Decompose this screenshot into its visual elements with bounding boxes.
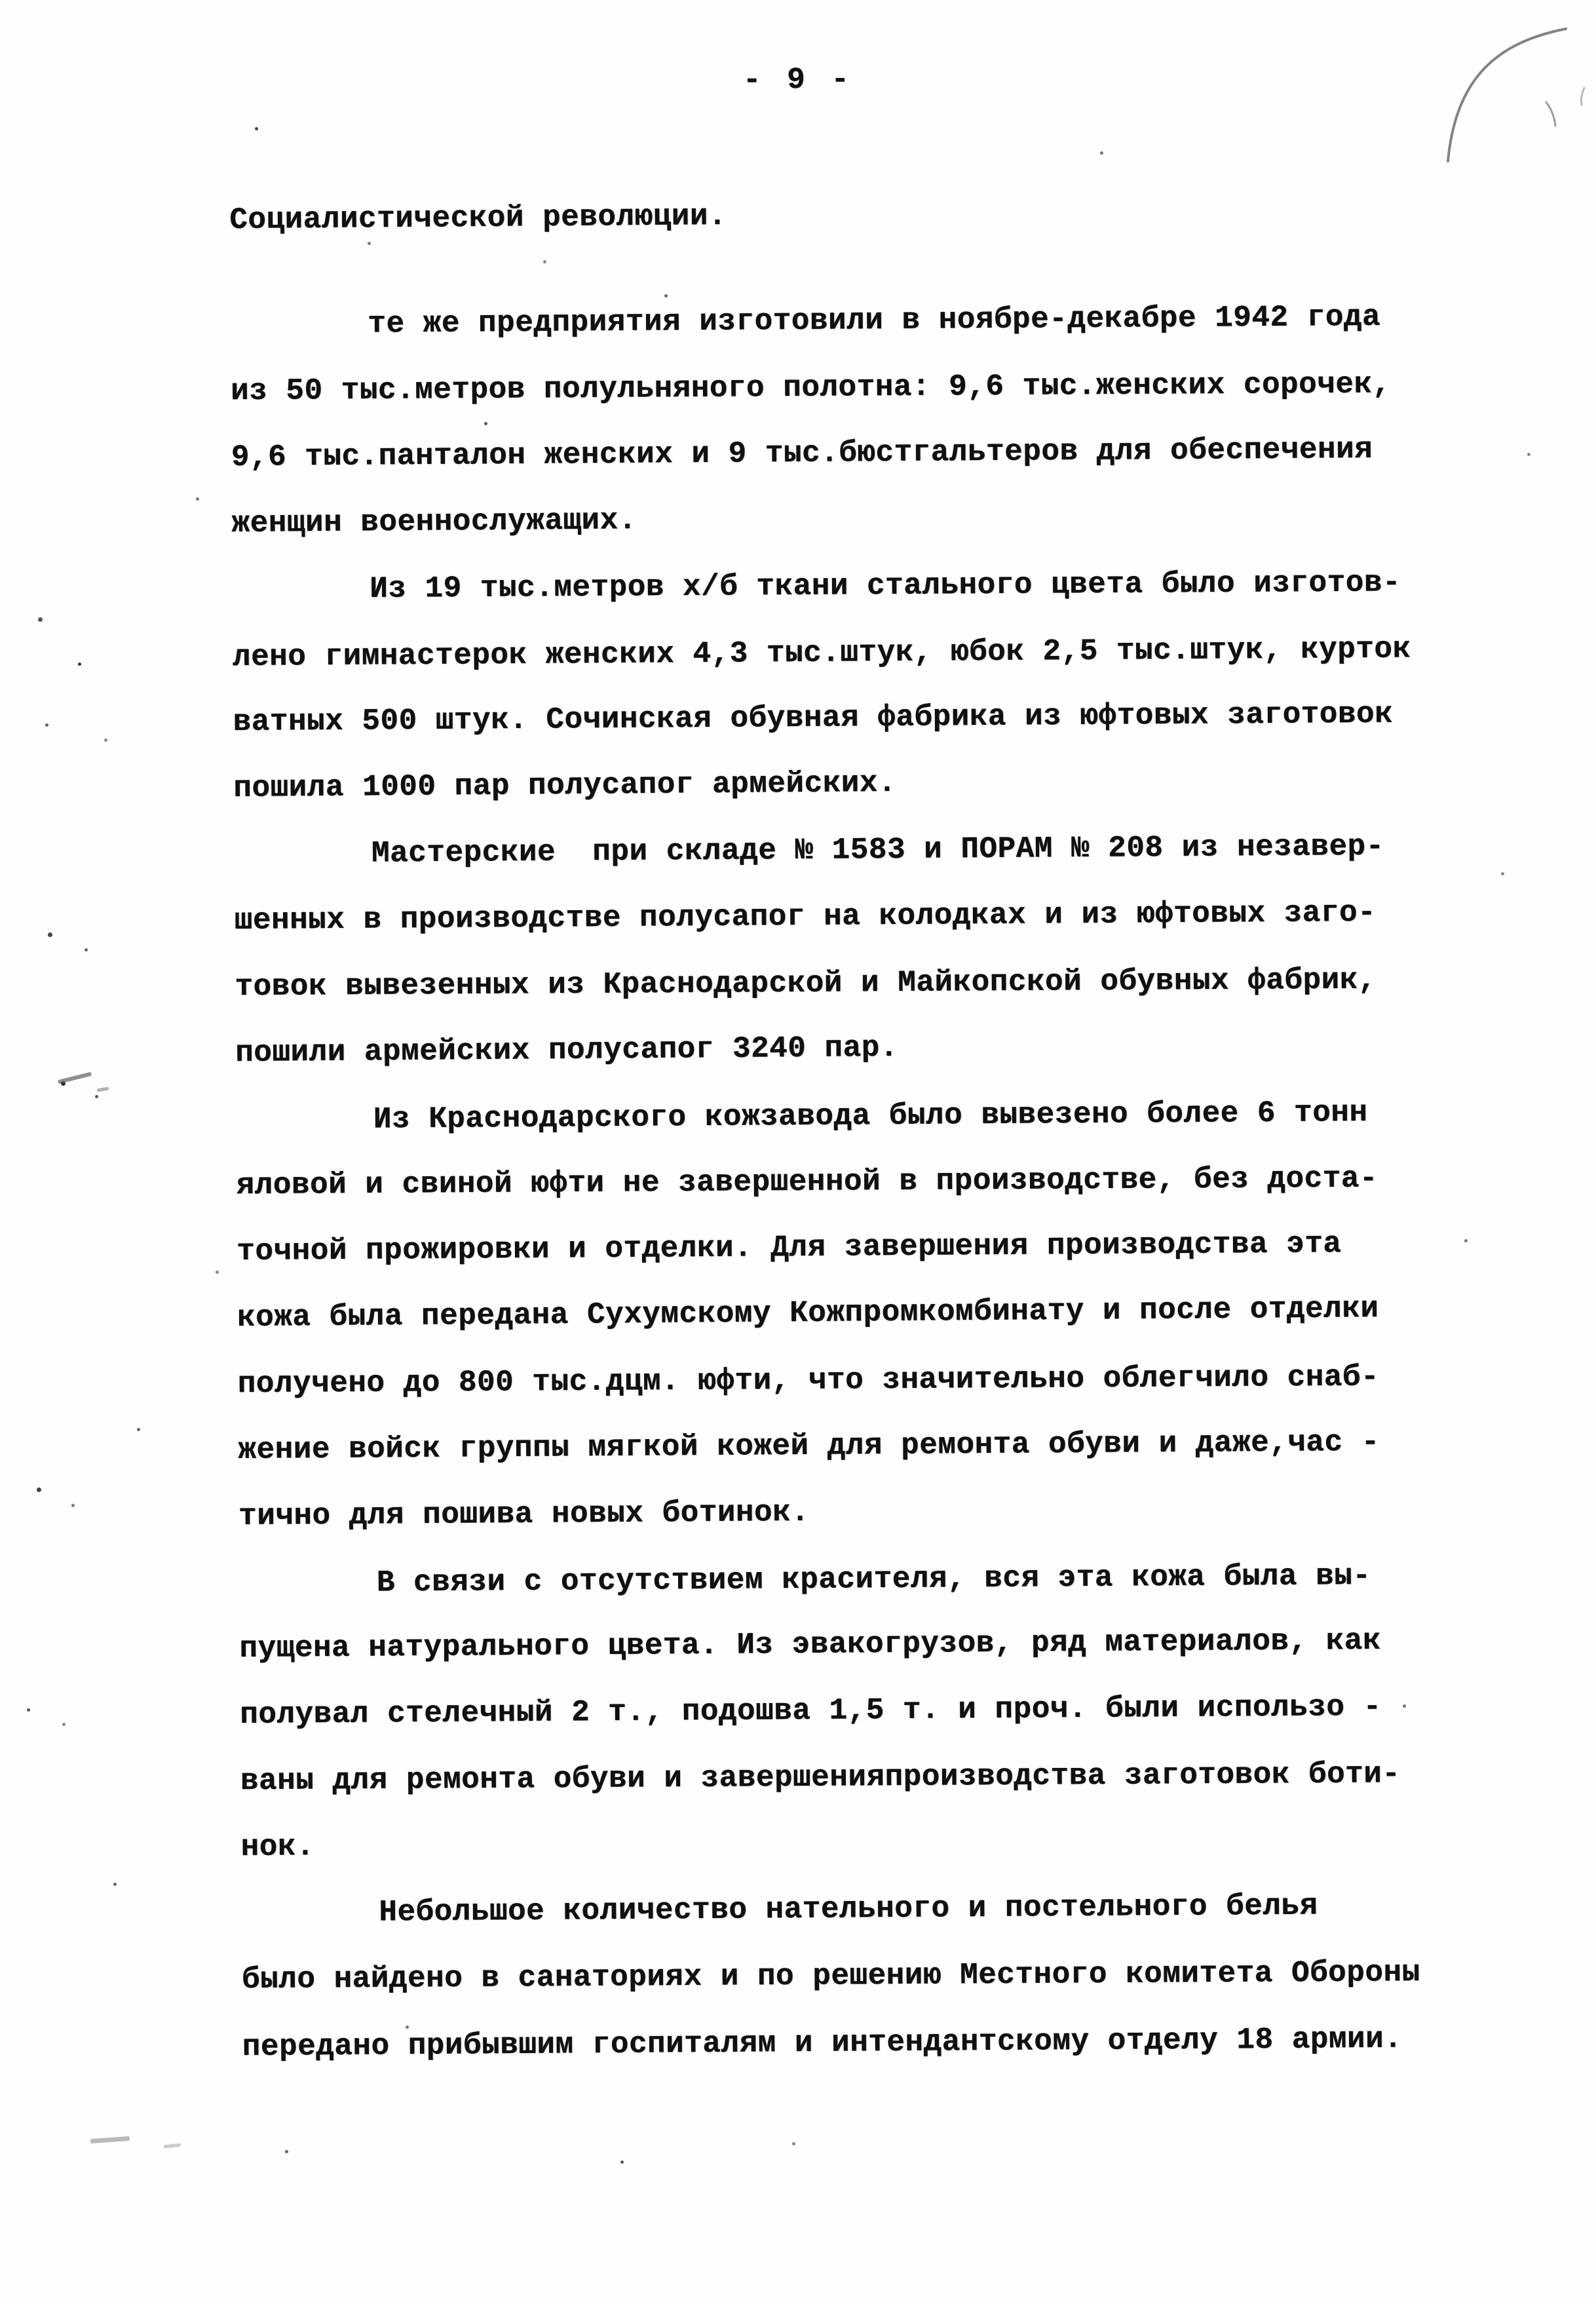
text-line: точной прожировки и отделки. Для заверше… (237, 1210, 1482, 1285)
text-line: пущена натурального цвета. Из эвакогрузо… (239, 1607, 1485, 1682)
bottom-smudge (164, 2143, 181, 2149)
scan-speckles (0, 0, 2, 2)
handwritten-mark (1350, 25, 1592, 182)
text-line: те же предприятия изготовили в ноябре-де… (230, 284, 1475, 358)
text-line: 9,6 тыс.панталон женских и 9 тыс.бюстгал… (231, 416, 1477, 491)
text-line: Из Краснодарского кожзавода было вывезен… (236, 1079, 1481, 1154)
text-line: шенных в производстве полусапог на колод… (234, 879, 1479, 954)
text-line: Социалистической революции. (229, 178, 1475, 254)
text-line: Мастерские при складе № 1583 и ПОРАМ № 2… (234, 813, 1479, 888)
text-line: жение войск группы мягкой кожей для ремо… (238, 1409, 1483, 1484)
document-page: - 9 - Социалистической революции. те же … (0, 0, 1596, 2304)
text-line: кожа была передана Сухумскому Кожпромком… (237, 1275, 1483, 1351)
text-line: пошила 1000 пар полусапог армейских. (233, 746, 1479, 822)
text-line: яловой и свиной юфти не завершенной в пр… (236, 1145, 1481, 1219)
text-line: ватных 500 штук. Сочинская обувная фабри… (233, 681, 1478, 756)
text-line: тично для пошива новых ботинок. (238, 1475, 1484, 1550)
text-line: получено до 800 тыс.дцм. юфти, что значи… (237, 1344, 1483, 1418)
text-line: женщин военнослужащих. (231, 481, 1477, 557)
text-line: пошили армейских полусапог 3240 пар. (235, 1010, 1481, 1086)
text-line: из 50 тыс.метров полульняного полотна: 9… (231, 351, 1476, 425)
document-body: Социалистической революции. те же предпр… (229, 179, 1487, 2079)
text-line: полувал стелечный 2 т., подошва 1,5 т. и… (240, 1674, 1485, 1748)
text-line: товок вывезенных из Краснодарской и Майк… (235, 947, 1480, 1021)
bottom-smudge (90, 2136, 130, 2143)
text-line: В связи с отсутствием красителя, вся эта… (239, 1543, 1485, 1617)
text-line: нок. (240, 1805, 1486, 1881)
text-line: Небольшое количество нательного и постел… (241, 1872, 1487, 1947)
text-line: было найдено в санаториях и по решению М… (242, 1939, 1487, 2013)
text-line: ваны для ремонта обуви и завершенияпроиз… (240, 1741, 1486, 1815)
text-line: передано прибывшим госпиталям и интендан… (242, 2006, 1487, 2081)
text-line: Из 19 тыс.метров х/б ткани стального цве… (232, 550, 1477, 624)
text-line: лено гимнастерок женских 4,3 тыс.штук, ю… (233, 616, 1478, 691)
margin-pencil-dash (58, 1072, 92, 1084)
margin-pencil-dash (97, 1086, 109, 1092)
